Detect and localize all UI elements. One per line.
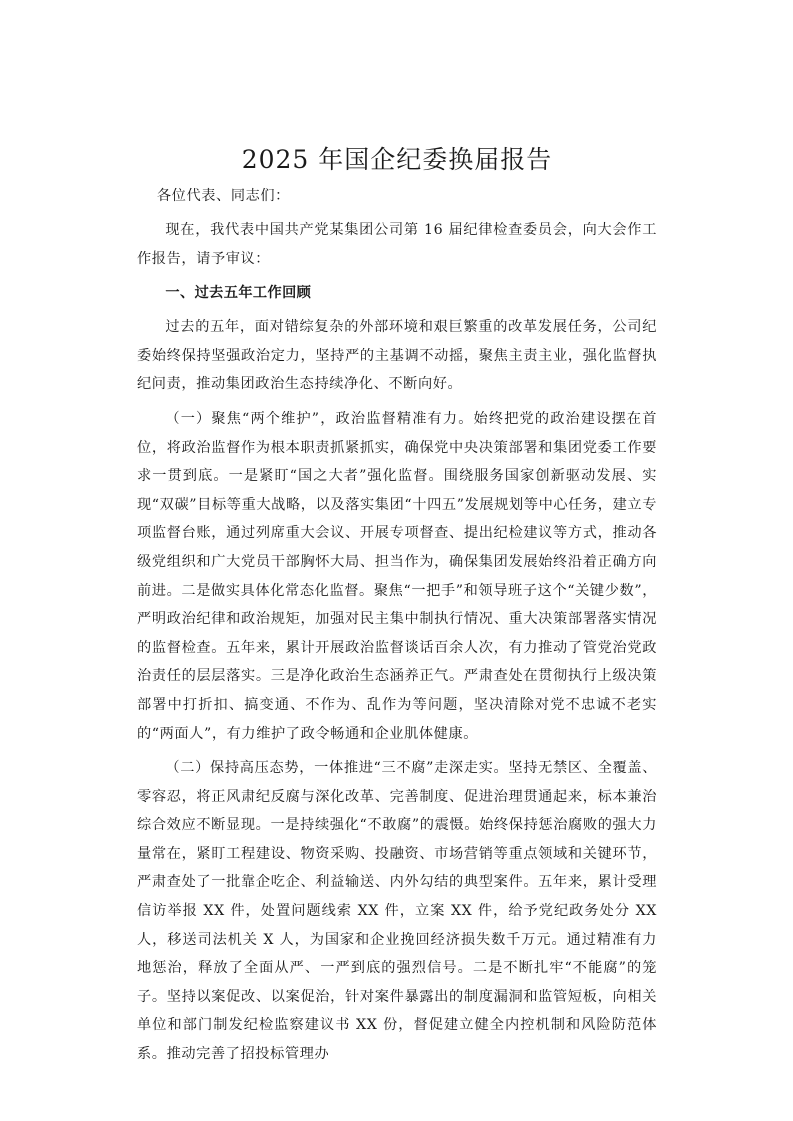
section-intro-paragraph: 过去的五年，面对错综复杂的外部环境和艰巨繁重的改革发展任务，公司纪委始终保持坚强… [137,313,657,399]
paragraph-political-supervision: （一）聚焦“两个维护”，政治监督精准有力。始终把党的政治建设摆在首位，将政治监督… [137,405,657,748]
document-page: 2025 年国企纪委换届报告 各位代表、同志们： 现在，我代表中国共产党某集团公… [137,140,657,1075]
intro-paragraph: 现在，我代表中国共产党某集团公司第 16 届纪律检查委员会，向大会作工作报告，请… [137,216,657,273]
document-title: 2025 年国企纪委换届报告 [137,140,657,180]
greeting: 各位代表、同志们： [137,182,657,210]
section-heading: 一、过去五年工作回顾 [137,279,657,307]
paragraph-anti-corruption: （二）保持高压态势，一体推进“三不腐”走深走实。坚持无禁区、全覆盖、零容忍，将正… [137,754,657,1069]
